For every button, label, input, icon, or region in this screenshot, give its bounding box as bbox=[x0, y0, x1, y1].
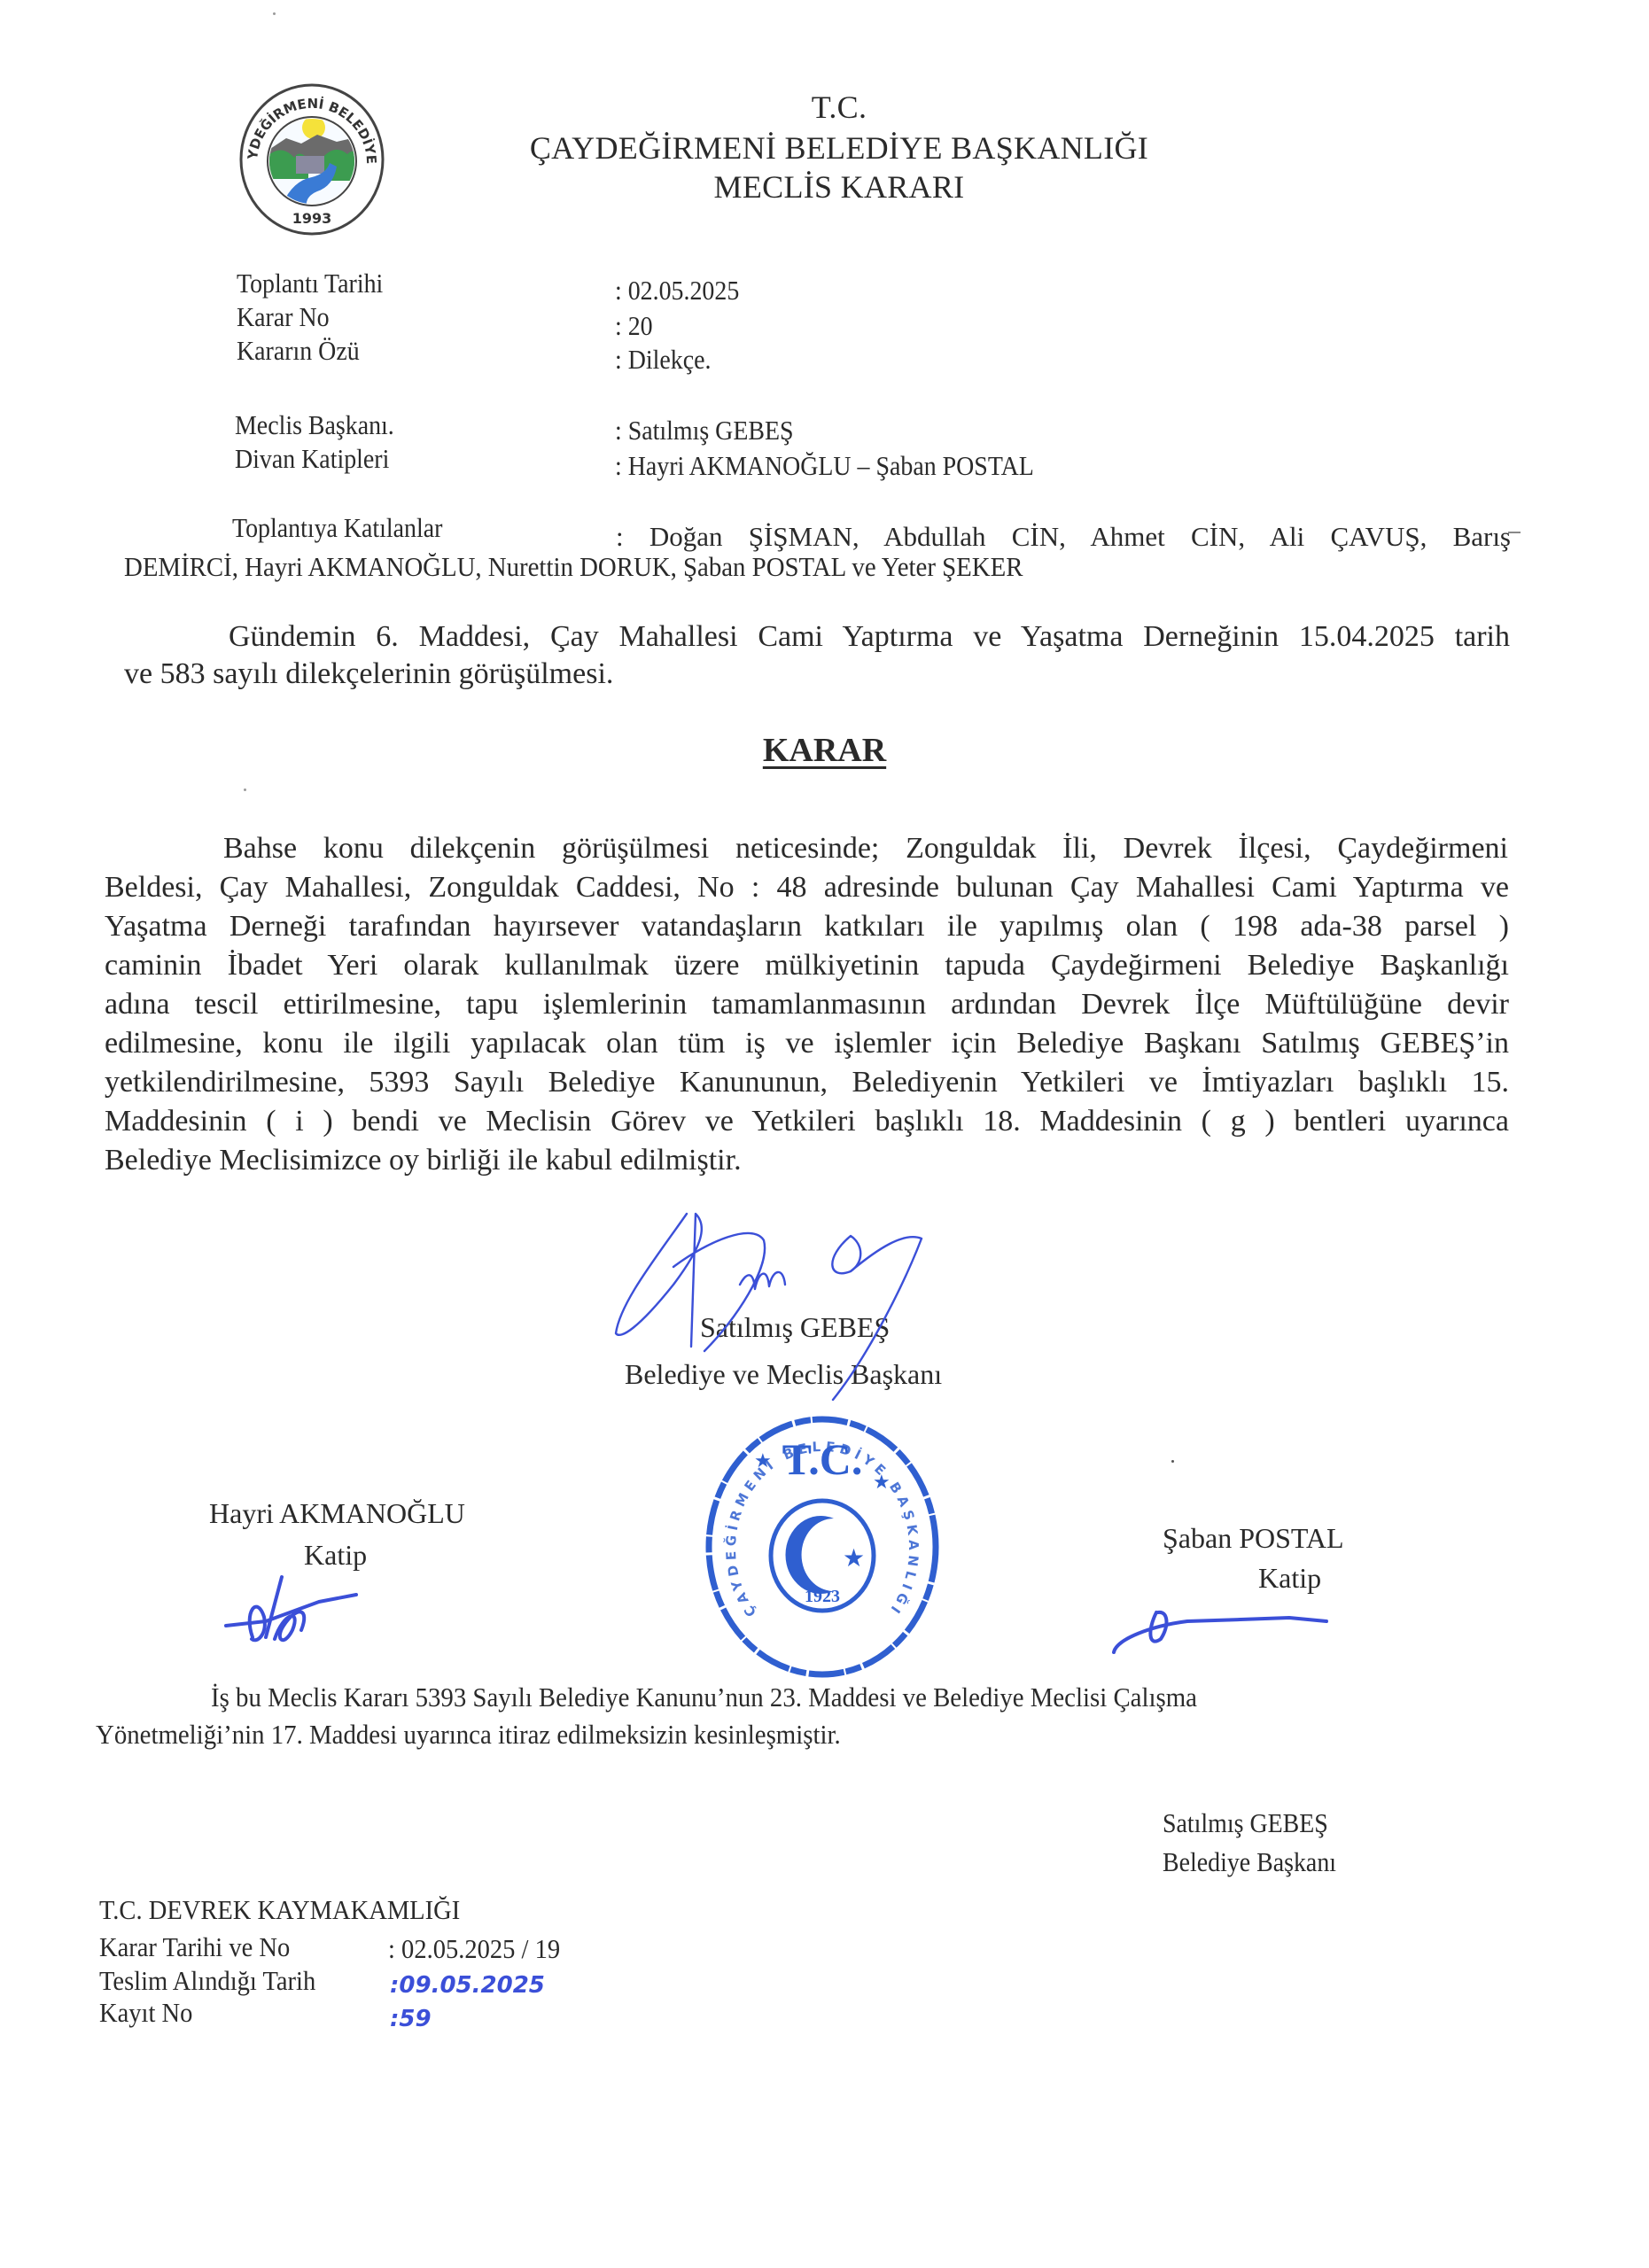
header-institution: ÇAYDEĞİRMENİ BELEDİYE BAŞKANLIĞI bbox=[396, 129, 1282, 167]
gov-label-received-date: Teslim Alındığı Tarih bbox=[99, 1965, 315, 1997]
attendees-line-1: : Doğan ŞİŞMAN, Abdullah CİN, Ahmet CİN,… bbox=[616, 521, 1511, 553]
mayor-title: Belediye Başkanı bbox=[1163, 1846, 1336, 1878]
mayor-name: Satılmış GEBEŞ bbox=[1163, 1807, 1328, 1839]
decision-line: adına tescil ettirilmesine, tapu işlemle… bbox=[105, 987, 1509, 1022]
decision-line: Yaşatma Derneği tarafından hayırsever va… bbox=[105, 909, 1509, 944]
decision-title: KARAR bbox=[0, 731, 1649, 770]
official-stamp: T.C. ★ ★ ★ 1923 ÇAYDEĞİRMENİ BELEDİYE BA… bbox=[703, 1414, 942, 1680]
governorship-title: T.C. DEVREK KAYMAKAMLIĞI bbox=[99, 1894, 460, 1926]
decision-line: Beldesi, Çay Mahallesi, Zonguldak Caddes… bbox=[105, 870, 1509, 905]
field-value-decision-summary: : Dilekçe. bbox=[615, 344, 711, 376]
president-name: Satılmış GEBEŞ bbox=[700, 1311, 890, 1344]
field-value-decision-no: : 20 bbox=[615, 310, 653, 342]
header-tc: T.C. bbox=[396, 89, 1282, 126]
finality-line-1: İş bu Meclis Kararı 5393 Sayılı Belediye… bbox=[211, 1682, 1197, 1713]
clerk-2-name: Şaban POSTAL bbox=[1163, 1522, 1344, 1555]
attendees-line-2: DEMİRCİ, Hayri AKMANOĞLU, Nurettin DORUK… bbox=[124, 551, 1023, 583]
field-value-clerks: : Hayri AKMANOĞLU – Şaban POSTAL bbox=[615, 450, 1034, 482]
svg-text:★: ★ bbox=[843, 1543, 865, 1573]
clerk-1-title: Katip bbox=[304, 1539, 367, 1572]
attendees-label: Toplantıya Katılanlar bbox=[232, 512, 442, 544]
field-value-council-president: : Satılmış GEBEŞ bbox=[615, 415, 794, 447]
agenda-line-2: ve 583 sayılı dilekçelerinin görüşülmesi… bbox=[124, 657, 613, 691]
field-label-council-president: Meclis Başkanı. bbox=[235, 409, 394, 441]
stamp-seal-icon: T.C. ★ ★ ★ 1923 ÇAYDEĞİRMENİ BELEDİYE BA… bbox=[703, 1414, 942, 1680]
decision-line: yetkilendirilmesine, 5393 Sayılı Belediy… bbox=[105, 1065, 1509, 1100]
header-doc-type: MECLİS KARARI bbox=[396, 168, 1282, 206]
scan-mark bbox=[1508, 532, 1521, 533]
municipality-seal-icon: ÇAYDEĞİRMENİ BELEDİYESİ 1993 bbox=[237, 82, 386, 237]
gov-value-record-no: :59 bbox=[390, 2006, 432, 2032]
decision-line: edilmesine, konu ile ilgili yapılacak ol… bbox=[105, 1026, 1509, 1061]
gov-value-received-date: :09.05.2025 bbox=[390, 1972, 545, 1999]
clerk-1-signature-icon bbox=[226, 1577, 356, 1640]
decision-line: Bahse konu dilekçenin görüşülmesi netice… bbox=[223, 831, 1508, 866]
finality-line-2: Yönetmeliği’nin 17. Maddesi uyarınca iti… bbox=[96, 1719, 841, 1751]
svg-text:1993: 1993 bbox=[292, 210, 332, 227]
president-title: Belediye ve Meclis Başkanı bbox=[625, 1358, 942, 1391]
gov-value-decision-date-no: : 02.05.2025 / 19 bbox=[388, 1933, 560, 1965]
decision-line: Maddesinin ( i ) bendi ve Meclisin Görev… bbox=[105, 1104, 1509, 1139]
municipality-logo: ÇAYDEĞİRMENİ BELEDİYESİ 1993 bbox=[237, 82, 386, 237]
gov-label-decision-date-no: Karar Tarihi ve No bbox=[99, 1931, 290, 1963]
decision-line: Belediye Meclisimizce oy birliği ile kab… bbox=[105, 1143, 1509, 1178]
clerk-1-name: Hayri AKMANOĞLU bbox=[209, 1497, 465, 1530]
clerk-2-title: Katip bbox=[1258, 1562, 1321, 1595]
decision-line: caminin İbadet Yeri olarak kullanılmak ü… bbox=[105, 948, 1509, 983]
field-label-clerks: Divan Katipleri bbox=[235, 443, 389, 475]
scan-speck bbox=[244, 788, 246, 791]
field-label-meeting-date: Toplantı Tarihi bbox=[237, 268, 383, 299]
field-label-decision-no: Karar No bbox=[237, 301, 330, 333]
clerk-2-signature-icon bbox=[1114, 1612, 1326, 1652]
scan-speck bbox=[273, 12, 276, 15]
field-value-meeting-date: : 02.05.2025 bbox=[615, 275, 739, 307]
svg-text:1923: 1923 bbox=[805, 1587, 840, 1606]
agenda-line-1: Gündemin 6. Maddesi, Çay Mahallesi Cami … bbox=[229, 620, 1510, 654]
scan-speck bbox=[1171, 1460, 1174, 1463]
field-label-decision-summary: Kararın Özü bbox=[237, 335, 360, 367]
gov-label-record-no: Kayıt No bbox=[99, 1997, 192, 2029]
